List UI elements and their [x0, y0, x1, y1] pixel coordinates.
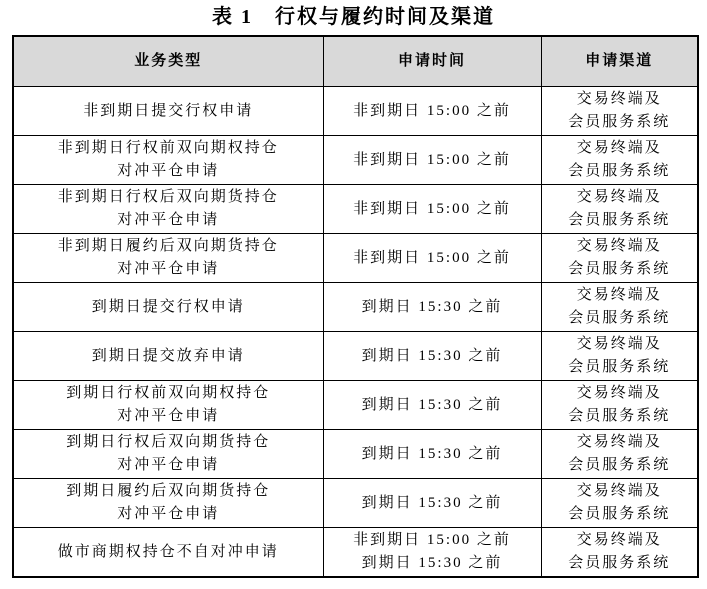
cell-application-time: 到期日 15:30 之前 — [323, 381, 541, 430]
cell-business-type: 到期日行权后双向期货持仓对冲平仓申请 — [13, 430, 323, 479]
table-row: 到期日履约后双向期货持仓对冲平仓申请到期日 15:30 之前交易终端及会员服务系… — [13, 479, 698, 528]
header-business-type: 业务类型 — [13, 36, 323, 87]
header-application-time: 申请时间 — [323, 36, 541, 87]
table-row: 到期日提交放弃申请到期日 15:30 之前交易终端及会员服务系统 — [13, 332, 698, 381]
cell-business-type: 非到期日行权前双向期权持仓对冲平仓申请 — [13, 136, 323, 185]
cell-business-type: 做市商期权持仓不自对冲申请 — [13, 528, 323, 578]
cell-business-type: 非到期日行权后双向期货持仓对冲平仓申请 — [13, 185, 323, 234]
table-row: 做市商期权持仓不自对冲申请非到期日 15:00 之前到期日 15:30 之前交易… — [13, 528, 698, 578]
header-application-channel: 申请渠道 — [541, 36, 698, 87]
cell-application-channel: 交易终端及会员服务系统 — [541, 332, 698, 381]
cell-business-type: 到期日履约后双向期货持仓对冲平仓申请 — [13, 479, 323, 528]
cell-application-channel: 交易终端及会员服务系统 — [541, 185, 698, 234]
cell-business-type: 非到期日履约后双向期货持仓对冲平仓申请 — [13, 234, 323, 283]
cell-application-time: 到期日 15:30 之前 — [323, 283, 541, 332]
cell-application-channel: 交易终端及会员服务系统 — [541, 283, 698, 332]
cell-application-time: 到期日 15:30 之前 — [323, 479, 541, 528]
cell-application-channel: 交易终端及会员服务系统 — [541, 136, 698, 185]
table-title: 表 1 行权与履约时间及渠道 — [0, 0, 707, 32]
table-row: 到期日行权前双向期权持仓对冲平仓申请到期日 15:30 之前交易终端及会员服务系… — [13, 381, 698, 430]
cell-application-channel: 交易终端及会员服务系统 — [541, 430, 698, 479]
cell-application-time: 非到期日 15:00 之前 — [323, 234, 541, 283]
table-row: 非到期日提交行权申请非到期日 15:00 之前交易终端及会员服务系统 — [13, 87, 698, 136]
table-body: 非到期日提交行权申请非到期日 15:00 之前交易终端及会员服务系统非到期日行权… — [13, 87, 698, 578]
cell-business-type: 非到期日提交行权申请 — [13, 87, 323, 136]
cell-application-time: 非到期日 15:00 之前 — [323, 185, 541, 234]
table-row: 到期日提交行权申请到期日 15:30 之前交易终端及会员服务系统 — [13, 283, 698, 332]
cell-business-type: 到期日行权前双向期权持仓对冲平仓申请 — [13, 381, 323, 430]
cell-application-time: 非到期日 15:00 之前到期日 15:30 之前 — [323, 528, 541, 578]
cell-application-channel: 交易终端及会员服务系统 — [541, 528, 698, 578]
table-row: 到期日行权后双向期货持仓对冲平仓申请到期日 15:30 之前交易终端及会员服务系… — [13, 430, 698, 479]
cell-application-time: 非到期日 15:00 之前 — [323, 136, 541, 185]
cell-application-channel: 交易终端及会员服务系统 — [541, 87, 698, 136]
cell-application-time: 到期日 15:30 之前 — [323, 430, 541, 479]
table-row: 非到期日履约后双向期货持仓对冲平仓申请非到期日 15:00 之前交易终端及会员服… — [13, 234, 698, 283]
cell-application-time: 到期日 15:30 之前 — [323, 332, 541, 381]
cell-business-type: 到期日提交行权申请 — [13, 283, 323, 332]
cell-application-channel: 交易终端及会员服务系统 — [541, 234, 698, 283]
cell-business-type: 到期日提交放弃申请 — [13, 332, 323, 381]
table-row: 非到期日行权后双向期货持仓对冲平仓申请非到期日 15:00 之前交易终端及会员服… — [13, 185, 698, 234]
table-header-row: 业务类型 申请时间 申请渠道 — [13, 36, 698, 87]
cell-application-time: 非到期日 15:00 之前 — [323, 87, 541, 136]
cell-application-channel: 交易终端及会员服务系统 — [541, 479, 698, 528]
table-row: 非到期日行权前双向期权持仓对冲平仓申请非到期日 15:00 之前交易终端及会员服… — [13, 136, 698, 185]
cell-application-channel: 交易终端及会员服务系统 — [541, 381, 698, 430]
exercise-performance-table: 业务类型 申请时间 申请渠道 非到期日提交行权申请非到期日 15:00 之前交易… — [12, 35, 699, 578]
document-page: 表 1 行权与履约时间及渠道 业务类型 申请时间 申请渠道 非到期日提交行权申请… — [0, 0, 707, 589]
